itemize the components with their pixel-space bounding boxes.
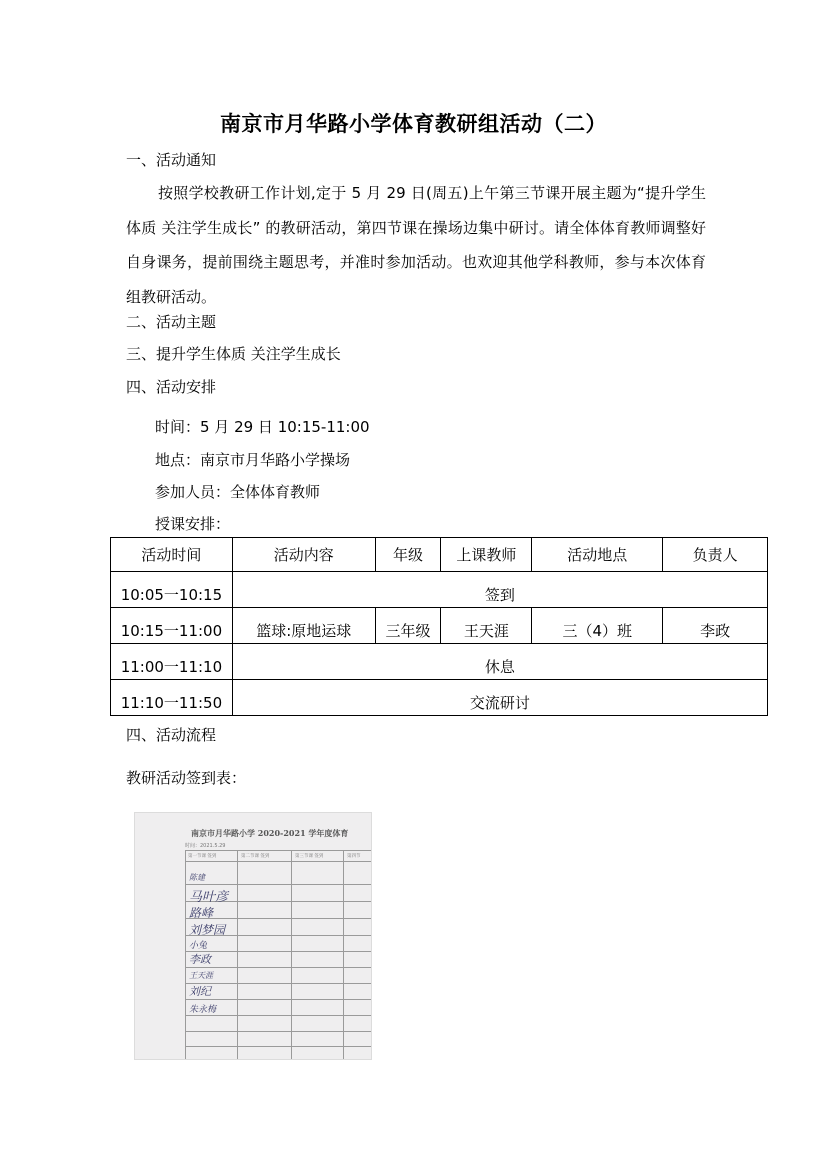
signature: 刘梦园 [189, 921, 225, 938]
time-cell: 11:10一11:50 [111, 680, 233, 716]
table-row: 11:00一11:10 休息 [111, 644, 768, 680]
signature: 王天涯 [189, 970, 213, 981]
header-cell: 活动内容 [232, 538, 375, 572]
schedule-table: 活动时间 活动内容 年级 上课教师 活动地点 负责人 10:05一10:15 签… [110, 537, 768, 716]
signature: 路峰 [189, 904, 213, 921]
theme-value: 三、提升学生体质 关注学生成长 [126, 344, 341, 364]
header-cell: 负责人 [663, 538, 768, 572]
column-header: 第四节 [347, 853, 361, 859]
process-heading: 四、活动流程 [126, 725, 216, 745]
table-row: 10:05一10:15 签到 [111, 572, 768, 608]
table-header-row: 活动时间 活动内容 年级 上课教师 活动地点 负责人 [111, 538, 768, 572]
participants-line: 参加人员：全体体育教师 [155, 482, 320, 502]
sheet-date: 时间：2021.5.29 [185, 842, 225, 849]
signature: 朱永梅 [189, 1002, 216, 1015]
time-cell: 10:15一11:00 [111, 608, 233, 644]
schedule-label: 授课安排： [155, 514, 230, 534]
signature: 陈建 [189, 872, 205, 883]
signin-grid: 第一节课 签到 第二节课 签到 第三节课 签到 第四节 陈建 马叶彦 路峰 刘梦… [185, 850, 372, 1060]
time-cell: 10:05一10:15 [111, 572, 233, 608]
signin-label: 教研活动签到表： [126, 768, 246, 788]
signature: 李政 [189, 951, 211, 967]
header-cell: 活动地点 [532, 538, 663, 572]
time-cell: 11:00一11:10 [111, 644, 233, 680]
table-row: 10:15一11:00 篮球:原地运球 三年级 王天涯 三（4）班 李政 [111, 608, 768, 644]
header-cell: 年级 [375, 538, 441, 572]
table-row: 11:10一11:50 交流研讨 [111, 680, 768, 716]
theme-heading: 二、活动主题 [126, 312, 216, 332]
notice-heading: 一、活动通知 [126, 150, 216, 170]
teacher-cell: 王天涯 [441, 608, 532, 644]
content-cell: 篮球:原地运球 [232, 608, 375, 644]
merged-cell: 休息 [232, 644, 767, 680]
signature: 小兔 [189, 938, 207, 951]
time-line: 时间：5 月 29 日 10:15-11:00 [155, 417, 370, 437]
signature: 马叶彦 [189, 886, 228, 905]
sheet-title: 南京市月华路小学 2020-2021 学年度体育 [191, 828, 348, 839]
signin-sheet-photo: 南京市月华路小学 2020-2021 学年度体育 时间：2021.5.29 第一… [134, 812, 372, 1060]
merged-cell: 交流研讨 [232, 680, 767, 716]
header-cell: 上课教师 [441, 538, 532, 572]
merged-cell: 签到 [232, 572, 767, 608]
person-in-charge-cell: 李政 [663, 608, 768, 644]
header-cell: 活动时间 [111, 538, 233, 572]
grade-cell: 三年级 [375, 608, 441, 644]
column-header: 第一节课 签到 [188, 853, 216, 859]
signature: 刘纪 [189, 983, 211, 999]
arrangement-heading: 四、活动安排 [126, 377, 216, 397]
column-header: 第二节课 签到 [241, 853, 269, 859]
document-title: 南京市月华路小学体育教研组活动（二） [0, 108, 827, 138]
column-header: 第三节课 签到 [295, 853, 323, 859]
location-cell: 三（4）班 [532, 608, 663, 644]
place-line: 地点：南京市月华路小学操场 [155, 450, 350, 470]
notice-body: 按照学校教研工作计划,定于 5 月 29 日(周五)上午第三节课开展主题为“提升… [126, 176, 706, 314]
